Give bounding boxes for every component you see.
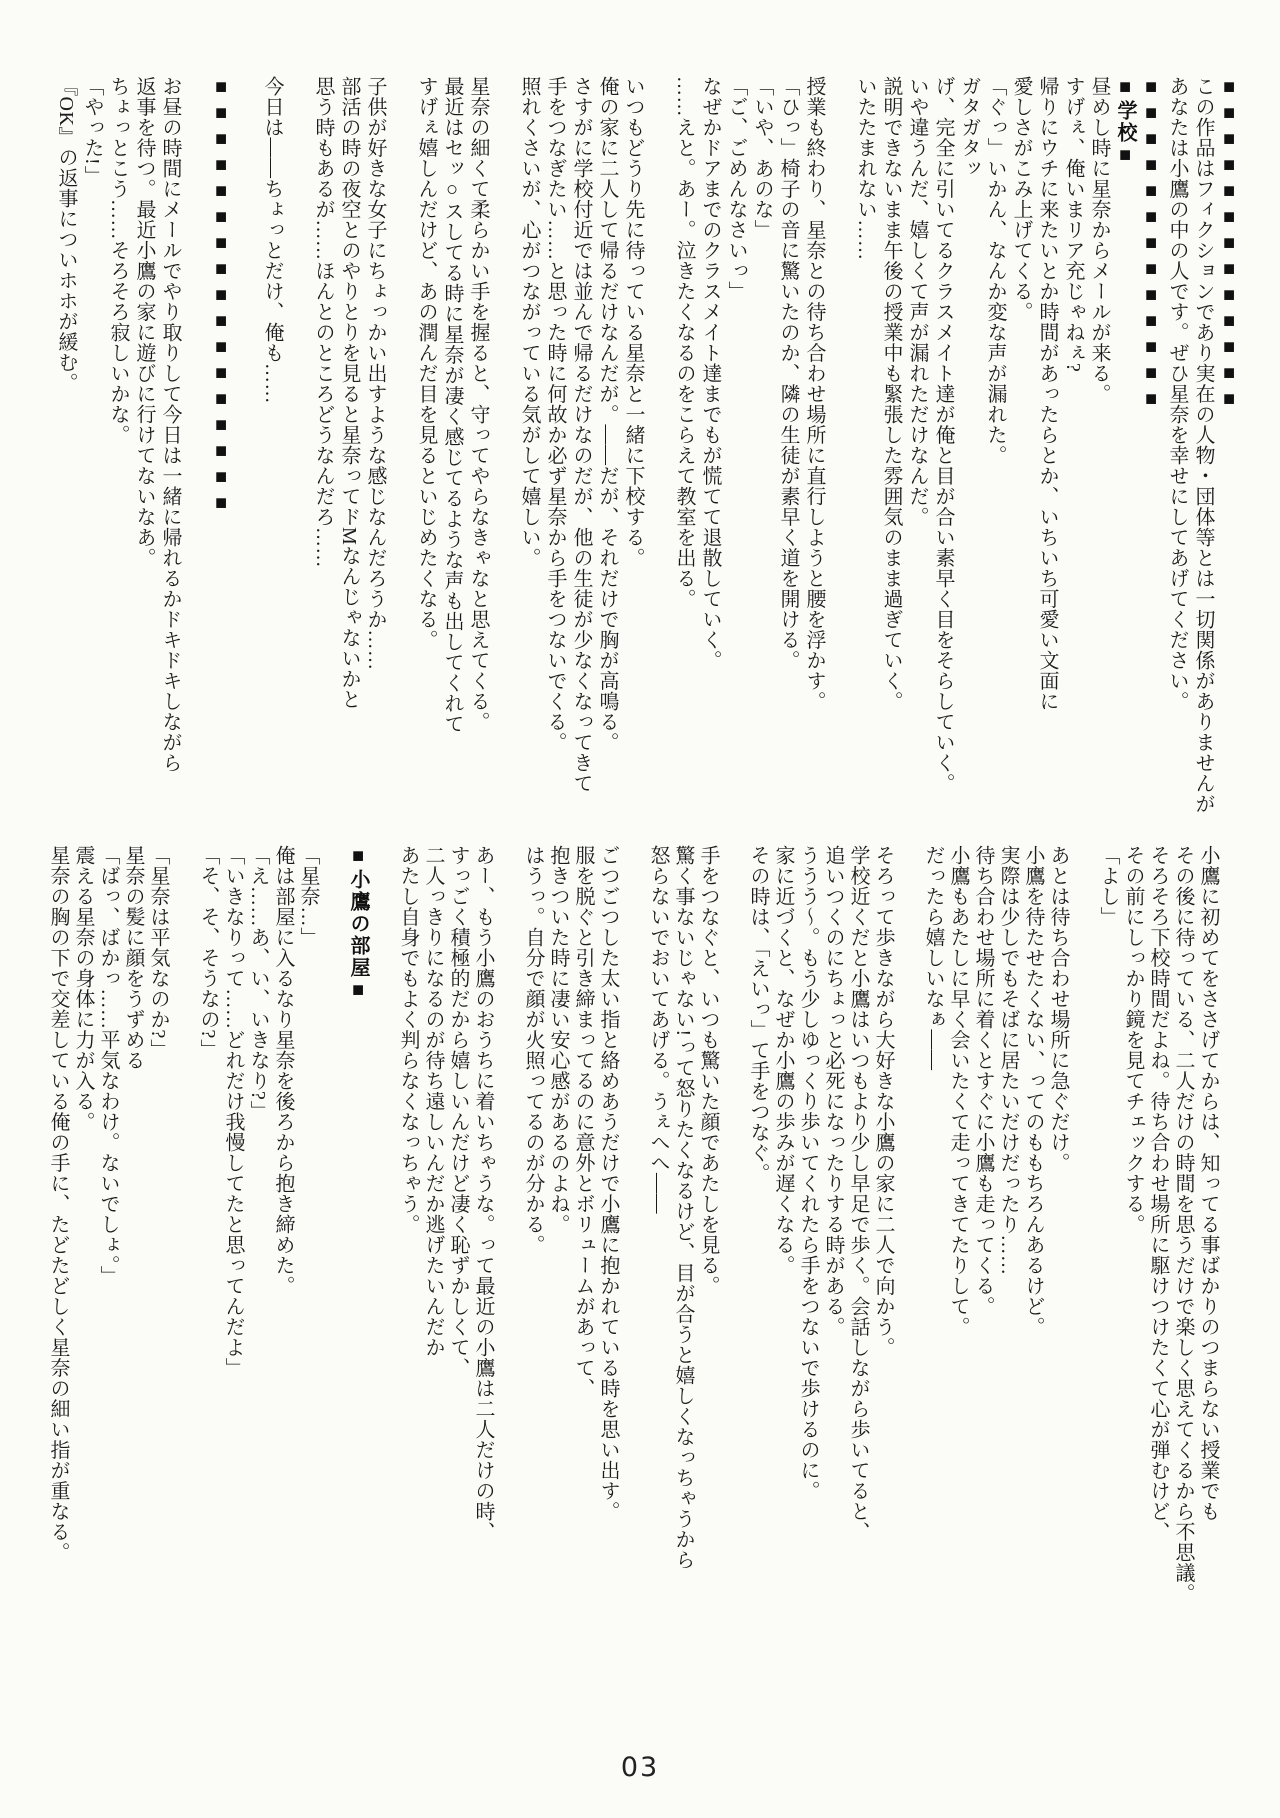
text-column: 学校近くだと小鷹はいつもより少し早足で歩く。会話しながら歩いてると、 bbox=[845, 845, 870, 1567]
text-column: ごつごつした太い指と絡めあうだけで小鷹に抱かれている時を思い出す。 bbox=[595, 845, 620, 1567]
text-column: ……えと。あー。泣きたくなるのをこらえて教室を出る。 bbox=[671, 76, 697, 800]
text-column: その前にしっかり鏡を見てチェックする。 bbox=[1120, 845, 1145, 1567]
text-column: 待ち合わせ場所に着くとすぐに小鷹も走ってくる。 bbox=[970, 845, 995, 1567]
text-column: 「星奈は平気なのか?」 bbox=[145, 845, 170, 1567]
column-gap bbox=[234, 76, 259, 800]
text-column: 照れくさいが、心がつながっている気がして嬉しい。 bbox=[516, 76, 542, 800]
text-column: 「いきなりって……どれだけ我慢してたと思ってんだよ」 bbox=[220, 845, 245, 1567]
text-column: 手をつなぎたい……と思った時に何故か必ず星奈から手をつないでくる。 bbox=[542, 76, 568, 800]
censor-block-strip: ■■■■■■■■■■■■■ bbox=[1216, 76, 1242, 800]
text-column: 部活の時の夜空とのやりとりを見ると星奈ってドMなんじゃないかと bbox=[336, 76, 362, 800]
text-column: そろそろ下校時間だよね。待ち合わせ場所に駆けつけたくて心が弾むけど、 bbox=[1145, 845, 1170, 1567]
column-gap bbox=[183, 76, 208, 800]
bottom-text-section: 小鷹に初めてをささげてからは、知ってる事ばかりのつまらない授業でもその後に待って… bbox=[45, 845, 1220, 1567]
column-gap bbox=[646, 76, 671, 800]
text-column: 子供が好きな女子にちょっかい出すような感じなんだろうか…… bbox=[362, 76, 388, 800]
text-column: あー、もう小鷹のおうちに着いちゃうな。って最近の小鷹は二人だけの時、 bbox=[470, 845, 495, 1567]
text-column: 怒らないでおいてあげる。うぇへへ―― bbox=[645, 845, 670, 1567]
censor-block-strip: ■■■■■■■■■■■■■■■■■ bbox=[208, 76, 234, 800]
text-column: いたたまれない…… bbox=[852, 76, 878, 800]
text-column: 帰りにウチに来たいとか時間があったらとか、いちいち可愛い文面に bbox=[1034, 76, 1060, 800]
text-column: あなたは小鷹の中の人です。ぜひ星奈を幸せにしてあげてください。 bbox=[1164, 76, 1190, 800]
section-heading: ■学校■ bbox=[1112, 76, 1138, 800]
text-column: 授業も終わり、星奈との待ち合わせ場所に直行しようと腰を浮かす。 bbox=[801, 76, 827, 800]
column-gap bbox=[827, 76, 852, 800]
text-column: 小鷹を待たせたくない、ってのももちろんあるけど。 bbox=[1020, 845, 1045, 1567]
text-column: 返事を待つ。最近小鷹の家に遊びに行けてないなあ。 bbox=[131, 76, 157, 800]
text-column: だったら嬉しいなぁ―― bbox=[920, 845, 945, 1567]
text-column: ちょっとこう……そろそろ寂しいかな。 bbox=[105, 76, 131, 800]
column-gap bbox=[720, 845, 745, 1567]
text-column: 最近はセッ○スしてる時に星奈が凄く感じてるような声も出してくれて bbox=[439, 76, 465, 800]
text-column: 抱きついた時に凄い安心感があるのよね。 bbox=[545, 845, 570, 1567]
text-column: 俺の家に二人して帰るだけなんだが。――だが、それだけで胸が高鳴る。 bbox=[594, 76, 620, 800]
text-column: 思う時もあるが……ほんとのところどうなんだろ…… bbox=[310, 76, 336, 800]
text-column: 震える星奈の身体に力が入る。 bbox=[70, 845, 95, 1567]
text-column: 小鷹もあたしに早く会いたくて走ってきてたりして。 bbox=[945, 845, 970, 1567]
text-column: 家に近づくと、なぜか小鷹の歩みが遅くなる。 bbox=[770, 845, 795, 1567]
text-column: あとは待ち合わせ場所に急ぐだけ。 bbox=[1045, 845, 1070, 1567]
text-column: 追いつくのにちょっと必死になったりする時がある。 bbox=[820, 845, 845, 1567]
text-column: 説明できないまま午後の授業中も緊張した雰囲気のまま過ぎていく。 bbox=[878, 76, 904, 800]
column-gap bbox=[285, 76, 310, 800]
text-column: 「星奈…」 bbox=[295, 845, 320, 1567]
text-column: そろって歩きながら大好きな小鷹の家に二人で向かう。 bbox=[870, 845, 895, 1567]
column-gap bbox=[320, 845, 345, 1567]
text-column: げ、完全に引いてるクラスメイト達が俺と目が合い素早く目をそらしていく。 bbox=[930, 76, 956, 800]
text-column: 驚く事ないじゃない!って怒りたくなるけど、目が合うと嬉しくなっちゃうから bbox=[670, 845, 695, 1567]
text-column: いや違うんだ、嬉しくて声が漏れただけなんだ。 bbox=[904, 76, 930, 800]
censor-block-strip: ■■■■■■■■■■■■■ bbox=[1138, 76, 1164, 800]
text-column: ううう〜。もう少しゆっくり歩いてくれたら手をつないで歩けるのに。 bbox=[795, 845, 820, 1567]
column-gap bbox=[495, 845, 520, 1567]
column-gap bbox=[895, 845, 920, 1567]
text-column: 愛しさがこみ上げてくる。 bbox=[1008, 76, 1034, 800]
text-column: 服を脱ぐと引き締まってるのに意外とボリュームがあって、 bbox=[570, 845, 595, 1567]
text-column: その後に待っている、二人だけの時間を思うだけで楽しく思えてくるから不思議。 bbox=[1170, 845, 1195, 1567]
text-column: 昼めし時に星奈からメールが来る。 bbox=[1086, 76, 1112, 800]
text-column: 「ばっ、ばかっ……平気なわけ。ないでしょ。」 bbox=[95, 845, 120, 1567]
text-column: 実際は少しでもそばに居たいだけだったり…… bbox=[995, 845, 1020, 1567]
column-gap bbox=[388, 76, 413, 800]
text-column: 「え……あ、い、いきなり?」 bbox=[245, 845, 270, 1567]
text-column: この作品はフィクションであり実在の人物・団体等とは一切関係がありませんが bbox=[1190, 76, 1216, 800]
text-column: 「ぐっ」いかん、なんか変な声が漏れた。 bbox=[982, 76, 1008, 800]
text-column: 星奈の髪に顔をうずめる bbox=[120, 845, 145, 1567]
text-column: 「ひっ」椅子の音に驚いたのか、隣の生徒が素早く道を開ける。 bbox=[775, 76, 801, 800]
text-column: 星奈の胸の下で交差している俺の手に、たどたどしく星奈の細い指が重なる。 bbox=[45, 845, 70, 1567]
text-column: さすがに学校付近では並んで帰るだけなのだが、他の生徒が少なくなってきて bbox=[568, 76, 594, 800]
text-column: はうっ。自分で顔が火照ってるのが分かる。 bbox=[520, 845, 545, 1567]
text-column: 俺は部屋に入るなり星奈を後ろから抱き締めた。 bbox=[270, 845, 295, 1567]
column-gap bbox=[1070, 845, 1095, 1567]
text-column: すっごく積極的だから嬉しいんだけど凄く恥ずかしくて、 bbox=[445, 845, 470, 1567]
page-number: 03 bbox=[0, 1752, 1280, 1783]
column-gap bbox=[370, 845, 395, 1567]
text-column: すげぇ、俺いまリア充じゃねぇ? bbox=[1060, 76, 1086, 800]
text-column: いつもどうり先に待っている星奈と一緒に下校する。 bbox=[620, 76, 646, 800]
column-gap bbox=[620, 845, 645, 1567]
text-column: お昼の時間にメールでやり取りして今日は一緒に帰れるかドキドキしながら bbox=[157, 76, 183, 800]
section-heading: ■小鷹の部屋■ bbox=[345, 845, 370, 1567]
text-column: 小鷹に初めてをささげてからは、知ってる事ばかりのつまらない授業でも bbox=[1195, 845, 1220, 1567]
text-column: すげぇ嬉しんだけど、あの潤んだ目を見るといじめたくなる。 bbox=[413, 76, 439, 800]
top-text-section: ■■■■■■■■■■■■■この作品はフィクションであり実在の人物・団体等とは一切… bbox=[53, 76, 1242, 800]
text-column: 星奈の細くて柔らかい手を握ると、守ってやらなきゃなと思えてくる。 bbox=[465, 76, 491, 800]
text-column: 「やった!」 bbox=[79, 76, 105, 800]
text-column: その時は、「えいっ」て手をつなぐ。 bbox=[745, 845, 770, 1567]
column-gap bbox=[170, 845, 195, 1567]
text-column: 二人っきりになるのが待ち遠しいんだか逃げたいんだか bbox=[420, 845, 445, 1567]
text-column: 「いや、あのな」 bbox=[749, 76, 775, 800]
text-column: 今日は――ちょっとだけ、俺も…… bbox=[259, 76, 285, 800]
doujin-text-page: ■■■■■■■■■■■■■この作品はフィクションであり実在の人物・団体等とは一切… bbox=[0, 0, 1280, 1818]
text-column: あたし自身でもよく判らなくなっちゃう。 bbox=[395, 845, 420, 1567]
text-column: 『OK』の返事についホホが緩む。 bbox=[53, 76, 79, 800]
text-column: なぜかドアまでのクラスメイト達までもが慌てて退散していく。 bbox=[697, 76, 723, 800]
text-column: ガタガタッ bbox=[956, 76, 982, 800]
text-column: 「ご、ごめんなさいっ」 bbox=[723, 76, 749, 800]
text-column: 手をつなぐと、いつも驚いた顔であたしを見る。 bbox=[695, 845, 720, 1567]
column-gap bbox=[491, 76, 516, 800]
text-column: 「よし」 bbox=[1095, 845, 1120, 1567]
text-column: 「そ、そ、そうなの?」 bbox=[195, 845, 220, 1567]
